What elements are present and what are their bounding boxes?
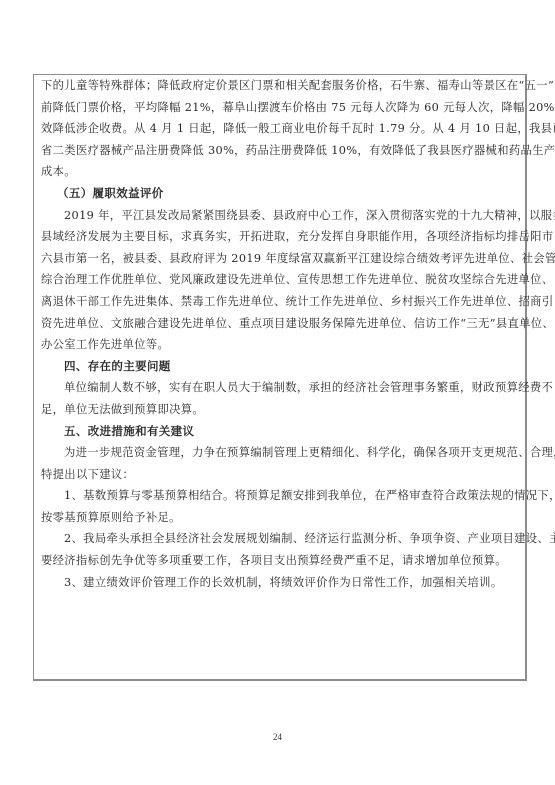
document-body: 下的儿童等特殊群体；降低政府定价景区门票和相关配套服务价格，石牛寨、福寿山等景区…	[41, 75, 522, 593]
paragraph-line: 下的儿童等特殊群体；降低政府定价景区门票和相关配套服务价格，石牛寨、福寿山等景区…	[41, 75, 522, 97]
section-heading-main-problems: 四、存在的主要问题	[41, 356, 522, 378]
paragraph-line: 资先进单位、文旅融合建设先进单位、重点项目建设服务保障先进单位、信访工作“三无”…	[41, 313, 522, 335]
suggestion-item-3: 3、建立绩效评价管理工作的长效机制，将绩效评价作为日常性工作，加强相关培训。	[41, 572, 522, 594]
suggestion-item-1: 1、基数预算与零基预算相结合。将预算足额安排到我单位，在严格审查符合政策法规的情…	[41, 485, 522, 507]
section-heading-improvement-suggestions: 五、改进措施和有关建议	[41, 421, 522, 443]
paragraph-line: 效降低涉企收费。从 4 月 1 日起，降低一般工商业电价每千瓦时 1.79 分。…	[41, 118, 522, 140]
paragraph-line: 前降低门票价格，平均降幅 21%，幕阜山摆渡车价格由 75 元每人次降为 60 …	[41, 97, 522, 119]
suggestion-item-1-cont: 按零基预算原则给予补足。	[41, 507, 522, 529]
paragraph-line: 办公室工作先进单位等。	[41, 334, 522, 356]
suggestion-item-2: 2、我局牵头承担全县经济社会发展规划编制、经济运行监测分析、争项争资、产业项目建…	[41, 528, 522, 550]
paragraph-line: 特提出以下建议：	[41, 464, 522, 486]
paragraph-line: 综合治理工作优胜单位、党风廉政建设先进单位、宣传思想工作先进单位、脱贫攻坚综合先…	[41, 269, 522, 291]
paragraph-line: 离退休干部工作先进集体、禁毒工作先进单位、统计工作先进单位、乡村振兴工作先进单位…	[41, 291, 522, 313]
section-heading-performance-evaluation: （五）履职效益评价	[41, 183, 522, 205]
page-number: 24	[0, 732, 555, 742]
paragraph-line: 为进一步规范资金管理，力争在预算编制管理上更精细化、科学化，确保各项开支更规范、…	[41, 442, 522, 464]
paragraph-line: 六县市第一名，被县委、县政府评为 2019 年度绿富双赢新平江建设综合绩效考评先…	[41, 248, 522, 270]
paragraph-line: 单位编制人数不够，实有在职人员大于编制数，承担的经济社会管理事务繁重，财政预算经…	[41, 377, 522, 399]
paragraph-line: 省二类医疗器械产品注册费降低 30%，药品注册费降低 10%，有效降低了我县医疗…	[41, 140, 522, 162]
suggestion-item-2-cont: 要经济指标创先争优等多项重要工作，各项目支出预算经费严重不足，请求增加单位预算。	[41, 550, 522, 572]
paragraph-line: 成本。	[41, 161, 522, 183]
paragraph-line: 2019 年，平江县发改局紧紧围绕县委、县政府中心工作，深入贯彻落实党的十九大精…	[41, 205, 522, 227]
paragraph-line: 县域经济发展为主要目标，求真务实，开拓进取，充分发挥自身职能作用，各项经济指标均…	[41, 226, 522, 248]
paragraph-line: 足，单位无法做到预算即决算。	[41, 399, 522, 421]
